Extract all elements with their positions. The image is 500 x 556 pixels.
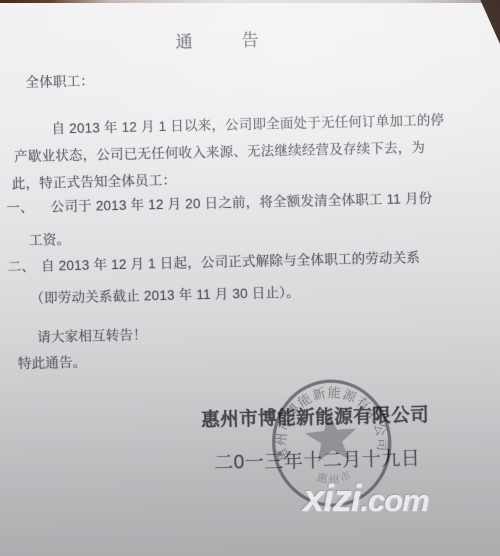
closing-line-1: 请大家相互转告！ bbox=[37, 323, 147, 345]
star-icon bbox=[303, 410, 359, 463]
list-item-2: 二、 自 2013 年 12 月 1 日起，公司正式解除与全体职工的劳动关系 bbox=[7, 246, 420, 275]
item-2-text-continued: （即劳动关系截止 2013 年 11 月 30 日止）。 bbox=[30, 281, 300, 307]
watermark-tld: .com bbox=[360, 483, 428, 518]
paragraph-line-2: 产歇业状态，公司已无任何收入来源、无法继续经营及存续下去，为 bbox=[14, 136, 425, 165]
document-photo: 通 告 全体职工： 自 2013 年 12 月 1 日以来，公司即全面处于无任何… bbox=[0, 0, 500, 556]
list-marker-2: 二、 bbox=[7, 255, 35, 276]
closing-line-2: 特此通告。 bbox=[18, 351, 87, 373]
notice-page: 通 告 全体职工： 自 2013 年 12 月 1 日以来，公司即全面处于无任何… bbox=[0, 0, 500, 556]
item-1-text-continued: 工资。 bbox=[29, 228, 71, 249]
paragraph-line-3: 此，特正式告知全体员工： bbox=[12, 169, 177, 193]
list-marker-1: 一、 bbox=[6, 196, 34, 217]
salutation: 全体职工： bbox=[25, 69, 94, 91]
paragraph-line-1: 自 2013 年 12 月 1 日以来，公司即全面处于无任何订单加工的停 bbox=[51, 109, 444, 138]
notice-title: 通 告 bbox=[134, 25, 305, 54]
list-item-1: 一、 公司于 2013 年 12 月 20 日之前，将全额发清全体职工 11 月… bbox=[6, 187, 432, 217]
item-2-text: 自 2013 年 12 月 1 日起，公司正式解除与全体职工的劳动关系 bbox=[41, 246, 420, 275]
watermark-site-name: xizi bbox=[303, 478, 360, 520]
watermark: xizi.com bbox=[303, 478, 429, 521]
item-1-text: 公司于 2013 年 12 月 20 日之前，将全额发清全体职工 11 月份 bbox=[50, 187, 432, 216]
